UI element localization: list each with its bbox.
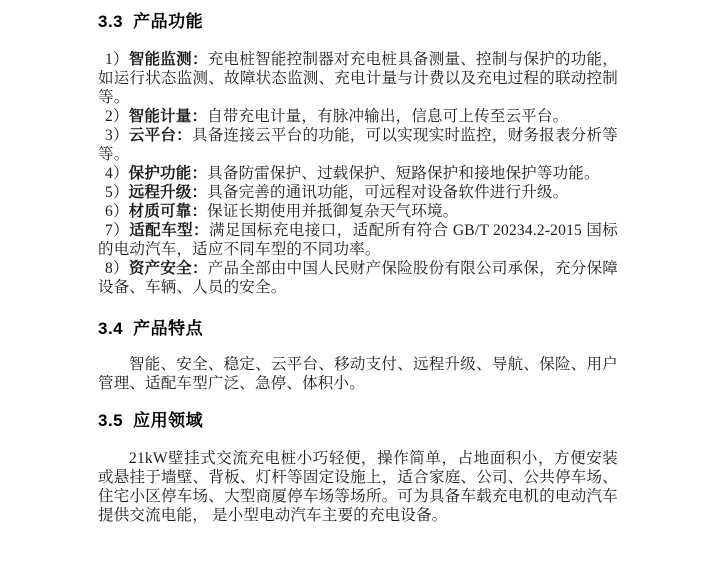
item-number: 7） (105, 222, 129, 239)
item-label: 远程升级： (129, 184, 208, 201)
section-number: 3.3 (98, 11, 123, 32)
item-number: 1） (105, 51, 129, 68)
item-number: 3） (105, 127, 129, 144)
section-heading-application-areas: 3.5应用领域 (98, 410, 618, 431)
item-number: 2） (105, 108, 129, 125)
feature-item-6: 6）材质可靠：保证长期使用并抵御复杂天气环境。 (98, 202, 618, 221)
item-text: 具备完善的通讯功能，可远程对设备软件进行升级。 (207, 184, 568, 201)
item-number: 5） (105, 184, 129, 201)
application-areas-paragraph: 21kW壁挂式交流充电桩小巧轻便，操作简单，占地面积小，方便安装或悬挂于墙壁、背… (98, 449, 618, 525)
feature-item-8: 8）资产安全：产品全部由中国人民财产保险股份有限公司承保，充分保障设备、车辆、人… (98, 259, 618, 297)
document-page: 3.3产品功能 1）智能监测：充电桩智能控制器对充电桩具备测量、控制与保护的功能… (98, 11, 618, 525)
item-text: 保证长期使用并抵御复杂天气环境。 (207, 203, 458, 220)
item-number: 6） (105, 203, 129, 220)
section-heading-product-features: 3.4产品特点 (98, 318, 618, 339)
feature-item-1: 1）智能监测：充电桩智能控制器对充电桩具备测量、控制与保护的功能，如运行状态监测… (98, 50, 618, 107)
section-title: 产品特点 (133, 319, 203, 338)
section-title: 产品功能 (133, 12, 203, 31)
item-number: 8） (105, 260, 129, 277)
item-text: 自带充电计量，有脉冲输出，信息可上传至云平台。 (207, 108, 568, 125)
feature-item-3: 3）云平台：具备连接云平台的功能，可以实现实时监控，财务报表分析等等。 (98, 126, 618, 164)
item-label: 云平台： (129, 127, 192, 144)
item-label: 智能监测： (129, 51, 208, 68)
feature-item-5: 5）远程升级：具备完善的通讯功能，可远程对设备软件进行升级。 (98, 183, 618, 202)
item-number: 4） (105, 165, 129, 182)
section-number: 3.5 (98, 410, 123, 431)
feature-item-4: 4）保护功能：具备防雷保护、过载保护、短路保护和接地保护等功能。 (98, 164, 618, 183)
section-heading-product-functions: 3.3产品功能 (98, 11, 618, 32)
section-number: 3.4 (98, 318, 123, 339)
item-label: 保护功能： (129, 165, 208, 182)
feature-item-2: 2）智能计量：自带充电计量，有脉冲输出，信息可上传至云平台。 (98, 107, 618, 126)
item-label: 智能计量： (129, 108, 208, 125)
section-title: 应用领域 (133, 411, 203, 430)
item-label: 资产安全： (129, 260, 208, 277)
feature-item-7: 7）适配车型：满足国标充电接口，适配所有符合 GB/T 20234.2-2015… (98, 221, 618, 259)
product-features-paragraph: 智能、安全、稳定、云平台、移动支付、远程升级、导航、保险、用户管理、适配车型广泛… (98, 355, 618, 393)
item-label: 材质可靠： (129, 203, 208, 220)
item-label: 适配车型： (129, 222, 209, 239)
item-text: 具备防雷保护、过载保护、短路保护和接地保护等功能。 (207, 165, 600, 182)
